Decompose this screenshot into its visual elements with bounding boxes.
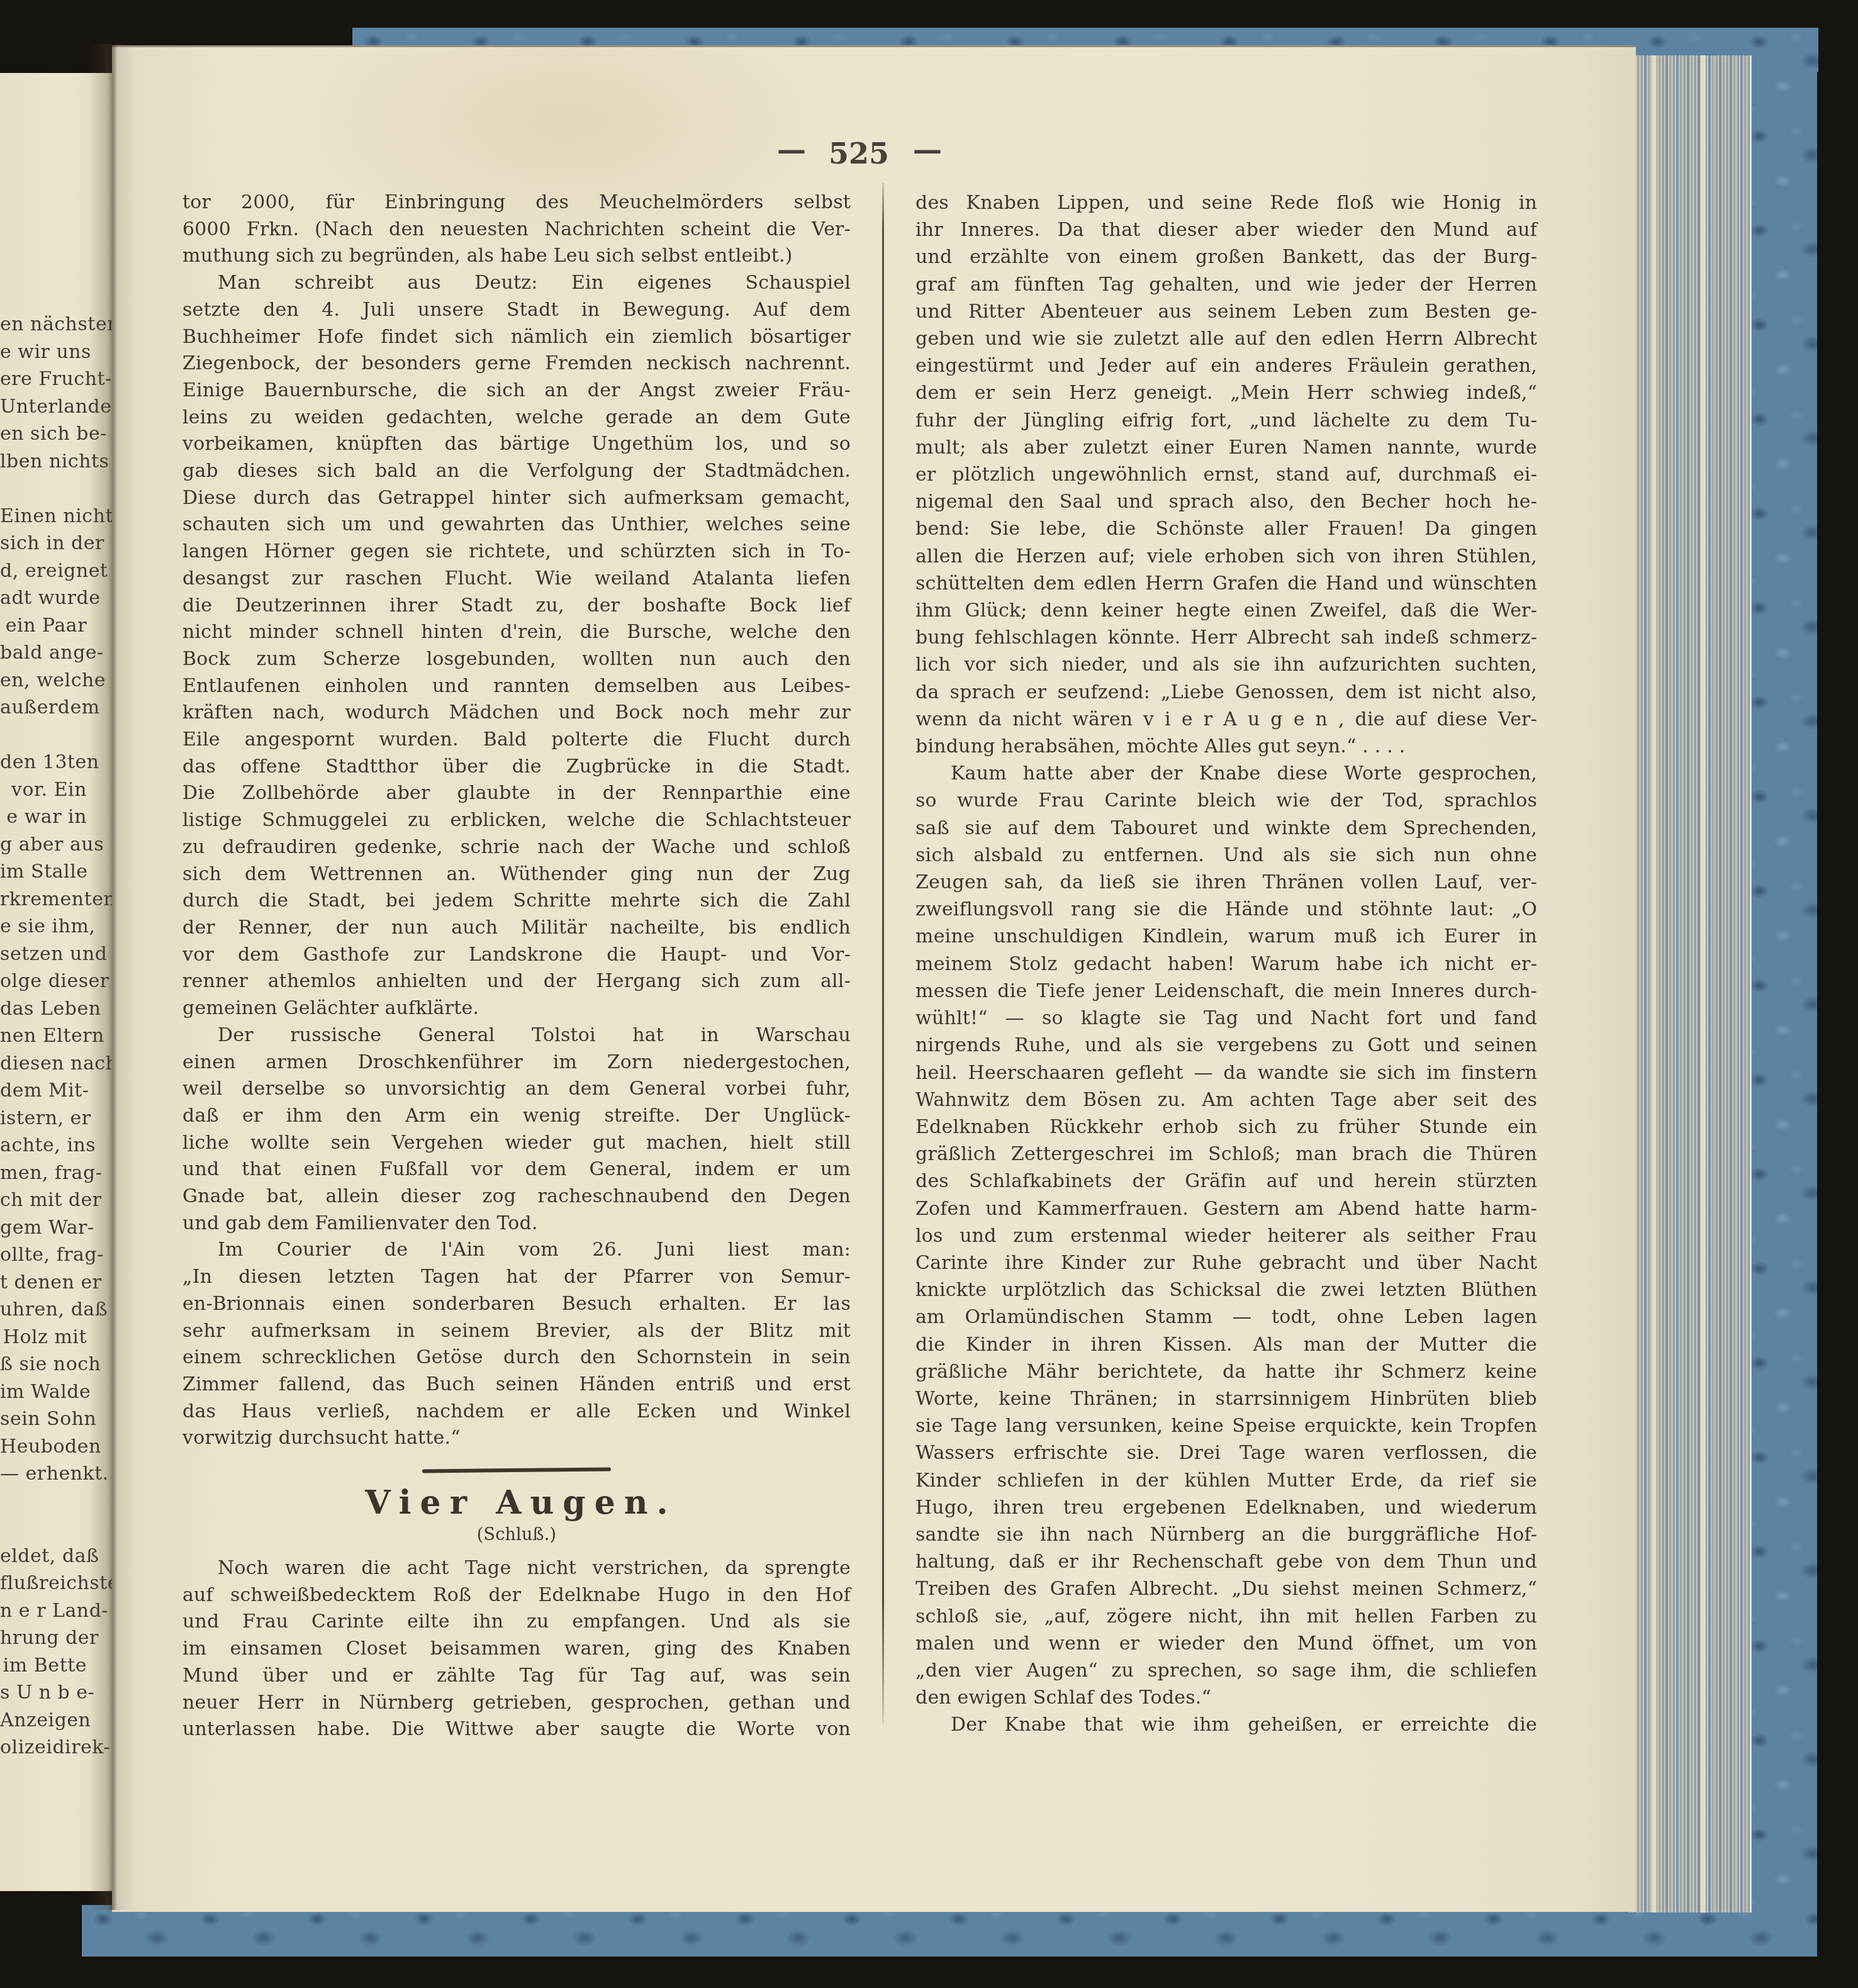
text-line: schauten sich um und gewahrten das Unthi… bbox=[182, 511, 851, 539]
text-line: schüttelten dem edlen Herrn Grafen die H… bbox=[915, 570, 1537, 597]
previous-page-edge: en nächstene wir unsere Frucht-Unterland… bbox=[0, 73, 112, 1891]
previous-page-text-line: hrung der bbox=[0, 1624, 87, 1652]
text-line: heil. Heerschaaren gefleht — da wandte s… bbox=[915, 1059, 1537, 1086]
text-line: graf am fünften Tag gehalten, und wie je… bbox=[915, 271, 1537, 298]
text-line: ihm Glück; denn keiner hegte einen Zweif… bbox=[915, 597, 1537, 624]
text-line: lich vor sich nieder, und als sie ihn au… bbox=[915, 651, 1537, 678]
text-line: sie Tage lang versunken, keine Speise er… bbox=[915, 1412, 1537, 1439]
article-subtitle: (Schluß.) bbox=[182, 1522, 851, 1548]
text-line: 6000 Frkn. (Nach den neuesten Nachrichte… bbox=[182, 216, 851, 243]
text-line: sandte sie ihn nach Nürnberg an die burg… bbox=[915, 1521, 1537, 1548]
text-line: meine unschuldigen Kindlein, warum muß i… bbox=[915, 923, 1537, 950]
previous-page-text-line: Heuboden bbox=[0, 1433, 87, 1461]
text-line: des Schlafkabinets der Gräfin auf und he… bbox=[915, 1168, 1537, 1195]
previous-page-text-line: Holz mit bbox=[0, 1324, 87, 1351]
column-divider-rule bbox=[882, 183, 884, 1723]
text-line: bend: Sie lebe, die Schönste aller Fraue… bbox=[915, 515, 1537, 542]
text-line: „den vier Augen“ zu sprechen, so sage ih… bbox=[915, 1657, 1537, 1684]
text-line: bindung herabsähen, möchte Alles gut sey… bbox=[915, 733, 1537, 760]
text-line: mult; als aber zuletzt einer Euren Namen… bbox=[915, 434, 1537, 461]
text-line: Carinte ihre Kinder zur Ruhe gebracht un… bbox=[915, 1249, 1537, 1276]
text-line: auf schweißbedecktem Roß der Edelknabe H… bbox=[182, 1582, 851, 1609]
page-stack-fore-edge bbox=[1628, 55, 1752, 1913]
previous-page-text-line: den 13ten bbox=[0, 749, 87, 776]
book-cover-bottom-edge bbox=[82, 1905, 1817, 1957]
text-line: wenn da nicht wären v i e r A u g e n , … bbox=[915, 706, 1537, 733]
previous-page-text-line: ch mit der bbox=[0, 1187, 87, 1214]
text-line: der Renner, der nun auch Militär nacheil… bbox=[182, 915, 851, 942]
text-line: bung fehlschlagen könnte. Herr Albrecht … bbox=[915, 624, 1537, 651]
text-line: und erzählte von einem großen Bankett, d… bbox=[915, 243, 1537, 271]
text-line: Im Courier de l'Ain vom 26. Juni liest m… bbox=[182, 1237, 851, 1264]
text-line: knickte urplötzlich das Schicksal die zw… bbox=[915, 1276, 1537, 1304]
text-line: nirgends Ruhe, und als sie vergebens zu … bbox=[915, 1032, 1537, 1059]
previous-page-text-line: t denen er bbox=[0, 1269, 87, 1297]
text-line: Mund über und er zählte Tag für Tag auf,… bbox=[182, 1663, 851, 1690]
text-line: Kaum hatte aber der Knabe diese Worte ge… bbox=[915, 760, 1537, 787]
previous-page-text-line: istern, er bbox=[0, 1105, 87, 1132]
previous-page-text-line: eldet, daß bbox=[0, 1543, 87, 1570]
text-line: gräßlich Zettergeschrei im Schloß; man b… bbox=[915, 1141, 1537, 1168]
previous-page-text-line: achte, ins bbox=[0, 1132, 87, 1159]
text-line: malen und wenn er wieder den Mund öffnet… bbox=[915, 1630, 1537, 1657]
text-line: Treiben des Grafen Albrecht. „Du siehst … bbox=[915, 1575, 1537, 1602]
text-line: Kinder schliefen in der kühlen Mutter Er… bbox=[915, 1467, 1537, 1494]
text-line: leins zu weiden gedachten, welche gerade… bbox=[182, 405, 851, 432]
text-line: Ziegenbock, der besonders gerne Fremden … bbox=[182, 350, 851, 377]
text-line: gemeinen Gelächter aufklärte. bbox=[182, 995, 851, 1022]
text-line: sich alsbald zu entfernen. Und als sie s… bbox=[915, 842, 1537, 869]
text-line: los und zum erstenmal wieder heiterer al… bbox=[915, 1222, 1537, 1249]
previous-page-text-line: men, frag- bbox=[0, 1159, 87, 1187]
text-line: Wassers erfrischte sie. Drei Tage waren … bbox=[915, 1439, 1537, 1466]
text-line: Zofen und Kammerfrauen. Gestern am Abend… bbox=[915, 1195, 1537, 1222]
previous-page-text-line: setzen und bbox=[0, 941, 87, 968]
text-line: und gab dem Familienvater den Tod. bbox=[182, 1210, 851, 1237]
previous-page-text-line: ein Paar bbox=[0, 612, 87, 640]
text-line: nicht minder schnell hinten d'rein, die … bbox=[182, 619, 851, 646]
previous-page-text-line: ß sie noch bbox=[0, 1351, 87, 1378]
previous-page-text-line: s U n b e- bbox=[0, 1679, 87, 1707]
text-line: Gnade bat, allein dieser zog racheschnau… bbox=[182, 1183, 851, 1210]
article-title: Vier Augen. bbox=[182, 1483, 851, 1522]
text-line: „In diesen letzten Tagen hat der Pfarrer… bbox=[182, 1264, 851, 1291]
previous-page-text-line: ollte, frag- bbox=[0, 1241, 87, 1269]
previous-page-text-line: olizeidirek- bbox=[0, 1734, 87, 1762]
previous-page-text-line: Einen nicht bbox=[0, 503, 87, 530]
text-line: tor 2000, für Einbringung des Meuchelmör… bbox=[182, 189, 851, 216]
text-line: nigemal den Saal und sprach also, den Be… bbox=[915, 488, 1537, 515]
text-line: haltung, daß er ihr Rechenschaft gebe vo… bbox=[915, 1548, 1537, 1575]
previous-page-text-line: außerdem bbox=[0, 694, 87, 722]
text-line: im einsamen Closet beisammen waren, ging… bbox=[182, 1636, 851, 1663]
text-line: desangst zur raschen Flucht. Wie weiland… bbox=[182, 566, 851, 593]
previous-page-text-line: Unterlande, bbox=[0, 393, 87, 421]
previous-page-text-line: vor. Ein bbox=[0, 776, 87, 804]
text-line: Zeugen sah, da ließ sie ihren Thränen vo… bbox=[915, 869, 1537, 896]
text-line: setzte den 4. Juli unsere Stadt in Beweg… bbox=[182, 297, 851, 324]
text-line: ihr Inneres. Da that dieser aber wieder … bbox=[915, 216, 1537, 243]
text-line: das offene Stadtthor über die Zugbrücke … bbox=[182, 754, 851, 781]
text-line: und Ritter Abenteuer aus seinem Leben zu… bbox=[915, 298, 1537, 325]
previous-page-text-line: sein Sohn bbox=[0, 1405, 87, 1433]
previous-page-text-line: en nächsten bbox=[0, 311, 87, 338]
text-line: Entlaufenen einholen und rannten demselb… bbox=[182, 673, 851, 700]
previous-page-text-line: e wir uns bbox=[0, 338, 87, 366]
text-line: messen die Tiefe jener Leidenschaft, die… bbox=[915, 978, 1537, 1005]
page-number-value: 525 bbox=[829, 137, 889, 170]
text-line: saß sie auf dem Tabouret und winkte dem … bbox=[915, 815, 1537, 842]
text-line: zu defraudiren gedenke, schrie nach der … bbox=[182, 834, 851, 861]
section-separator-rule bbox=[422, 1467, 611, 1473]
text-line: die Kinder in ihren Kissen. Als man der … bbox=[915, 1331, 1537, 1358]
previous-page-blank-line bbox=[0, 1515, 87, 1543]
previous-page-text-line: im Bette bbox=[0, 1652, 87, 1680]
text-line: und Frau Carinte eilte ihn zu empfangen.… bbox=[182, 1609, 851, 1636]
text-line: das Haus verließ, nachdem er alle Ecken … bbox=[182, 1399, 851, 1426]
previous-page-text-line: im Walde bbox=[0, 1378, 87, 1406]
text-line: Worte, keine Thränen; in starrsinnigem H… bbox=[915, 1385, 1537, 1412]
text-line: Man schreibt aus Deutz: Ein eigenes Scha… bbox=[182, 270, 851, 297]
previous-page-text-line: Anzeigen bbox=[0, 1707, 87, 1734]
previous-page-text-line: — erhenkt. bbox=[0, 1460, 87, 1488]
text-line: Buchheimer Hofe findet sich nämlich ein … bbox=[182, 324, 851, 351]
previous-page-text-line: adt wurde bbox=[0, 584, 87, 612]
text-line: fuhr der Jüngling eifrig fort, „und läch… bbox=[915, 407, 1537, 434]
previous-page-text-line: lben nichts bbox=[0, 448, 87, 476]
text-line: des Knaben Lippen, und seine Rede floß w… bbox=[915, 189, 1537, 216]
text-line: wühlt!“ — so klagte sie Tag und Nacht fo… bbox=[915, 1005, 1537, 1032]
text-line: neuer Herr in Nürnberg getrieben, gespro… bbox=[182, 1690, 851, 1717]
previous-page-text-line: das Leben bbox=[0, 995, 87, 1023]
text-line: Diese durch das Getrappel hinter sich au… bbox=[182, 485, 851, 512]
text-line: so wurde Frau Carinte bleich wie der Tod… bbox=[915, 787, 1537, 814]
text-line: vorwitzig durchsucht hatte.“ bbox=[182, 1425, 851, 1452]
text-line: die Deutzerinnen ihrer Stadt zu, der bos… bbox=[182, 593, 851, 620]
text-line: sehr aufmerksam in seinem Brevier, als d… bbox=[182, 1318, 851, 1345]
previous-page-text-line: nen Eltern bbox=[0, 1022, 87, 1050]
text-line: weil derselbe so unvorsichtig an dem Gen… bbox=[182, 1076, 851, 1103]
text-line: vor dem Gasthofe zur Landskrone die Haup… bbox=[182, 942, 851, 969]
text-line: Edelknaben Rückkehr erhob sich zu früher… bbox=[915, 1114, 1537, 1141]
previous-page-text-line: d, ereignet bbox=[0, 557, 87, 585]
text-line: Eile angespornt wurden. Bald polterte di… bbox=[182, 727, 851, 754]
previous-page-text-line: gem War- bbox=[0, 1214, 87, 1242]
text-line: Hugo, ihren treu ergebenen Edelknaben, u… bbox=[915, 1494, 1537, 1521]
text-line: sich dem Wettrennen an. Wüthender ging n… bbox=[182, 861, 851, 888]
previous-page-text-line: bald ange- bbox=[0, 639, 87, 667]
text-line: allen die Herzen auf; viele erhoben sich… bbox=[915, 543, 1537, 570]
text-line: gab dieses sich bald an die Verfolgung d… bbox=[182, 458, 851, 485]
text-line: durch die Stadt, bei jedem Schritte mehr… bbox=[182, 888, 851, 915]
text-line: Einige Bauernbursche, die sich an der An… bbox=[182, 377, 851, 405]
text-line: langen Hörner gegen sie richtete, und sc… bbox=[182, 539, 851, 566]
previous-page-text-line: en, welche bbox=[0, 667, 87, 695]
text-line: zweiflungsvoll rang sie die Hände und st… bbox=[915, 896, 1537, 923]
main-page: —525— tor 2000, für Einbringung des Meuc… bbox=[112, 45, 1636, 1912]
text-line: liche wollte sein Vergehen wieder gut ma… bbox=[182, 1130, 851, 1157]
text-line: Zimmer fallend, das Buch seinen Händen e… bbox=[182, 1371, 851, 1399]
text-line: und that einen Fußfall vor dem General, … bbox=[182, 1156, 851, 1183]
text-line: den ewigen Schlaf des Todes.“ bbox=[915, 1684, 1537, 1711]
text-line: Noch waren die acht Tage nicht verstrich… bbox=[182, 1555, 851, 1582]
previous-page-text-line: olge dieser bbox=[0, 968, 87, 995]
text-line: Bock zum Scherze losgebunden, wollten nu… bbox=[182, 646, 851, 673]
page-number-right-dash: — bbox=[913, 133, 941, 167]
previous-page-text-fragments: en nächstene wir unsere Frucht-Unterland… bbox=[0, 311, 112, 1762]
text-line: renner athemlos anhielten und der Hergan… bbox=[182, 968, 851, 995]
text-line: schloß sie, „auf, zögere nicht, ihn mit … bbox=[915, 1603, 1537, 1630]
text-line: am Orlamündischen Stamm — todt, ohne Leb… bbox=[915, 1304, 1537, 1331]
previous-page-text-line: ere Frucht- bbox=[0, 366, 87, 393]
page-number: —525— bbox=[182, 137, 1535, 170]
previous-page-blank-line bbox=[0, 722, 87, 749]
text-line: unterlassen habe. Die Wittwe aber saugte… bbox=[182, 1716, 851, 1743]
previous-page-text-line: im Stalle bbox=[0, 858, 87, 886]
text-line: vorbeikamen, knüpften das bärtige Ungeth… bbox=[182, 431, 851, 458]
text-line: daß er ihm den Arm ein wenig streifte. D… bbox=[182, 1103, 851, 1130]
previous-page-text-line: g aber aus bbox=[0, 831, 87, 859]
previous-page-text-line: diesen nach bbox=[0, 1050, 87, 1078]
text-line: Die Zollbehörde aber glaubte in der Renn… bbox=[182, 780, 851, 807]
previous-page-text-line: dem Mit- bbox=[0, 1077, 87, 1105]
text-line: meinem Stolz gedacht haben! Warum habe i… bbox=[915, 951, 1537, 978]
previous-page-text-line: rkrementen bbox=[0, 886, 87, 913]
column-left: tor 2000, für Einbringung des Meuchelmör… bbox=[182, 189, 851, 1743]
text-line: kräften nach, wodurch Mädchen und Bock n… bbox=[182, 700, 851, 727]
text-line: einem schrecklichen Getöse durch den Sch… bbox=[182, 1344, 851, 1371]
text-line: listige Schmuggelei zu erblicken, welche… bbox=[182, 807, 851, 834]
previous-page-text-line: e war in bbox=[0, 803, 87, 831]
text-line: da sprach er seufzend: „Liebe Genossen, … bbox=[915, 679, 1537, 706]
text-line: geben und wie sie zuletzt alle auf den e… bbox=[915, 325, 1537, 352]
previous-page-text-line: sich in der bbox=[0, 530, 87, 557]
text-line: gräßliche Mähr berichtete, da hatte ihr … bbox=[915, 1358, 1537, 1385]
previous-page-text-line: n e r Land- bbox=[0, 1597, 87, 1625]
text-line: muthung sich zu begründen, als habe Leu … bbox=[182, 243, 851, 270]
text-line: er plötzlich ungewöhnlich ernst, stand a… bbox=[915, 461, 1537, 488]
text-line: dem er sein Herz geneigt. „Mein Herr sch… bbox=[915, 379, 1537, 406]
text-line: en-Brionnais einen sonderbaren Besuch er… bbox=[182, 1291, 851, 1318]
previous-page-text-line: en sich be- bbox=[0, 420, 87, 448]
column-right: des Knaben Lippen, und seine Rede floß w… bbox=[915, 189, 1537, 1739]
book-scan: en nächstene wir unsere Frucht-Unterland… bbox=[0, 0, 1858, 1988]
previous-page-text-line: uhren, daß bbox=[0, 1296, 87, 1324]
text-line: Der russische General Tolstoi hat in War… bbox=[182, 1022, 851, 1049]
text-line: Der Knabe that wie ihm geheißen, er erre… bbox=[915, 1711, 1537, 1738]
previous-page-text-line: flußreichste bbox=[0, 1570, 87, 1597]
text-line: eingestürmt und Jeder auf ein anderes Fr… bbox=[915, 352, 1537, 379]
page-number-left-dash: — bbox=[777, 133, 805, 167]
previous-page-blank-line bbox=[0, 475, 87, 503]
text-line: Wahnwitz dem Bösen zu. Am achten Tage ab… bbox=[915, 1086, 1537, 1114]
previous-page-text-line: e sie ihm, bbox=[0, 913, 87, 941]
text-line: einen armen Droschkenführer im Zorn nied… bbox=[182, 1049, 851, 1076]
previous-page-blank-line bbox=[0, 1488, 87, 1516]
